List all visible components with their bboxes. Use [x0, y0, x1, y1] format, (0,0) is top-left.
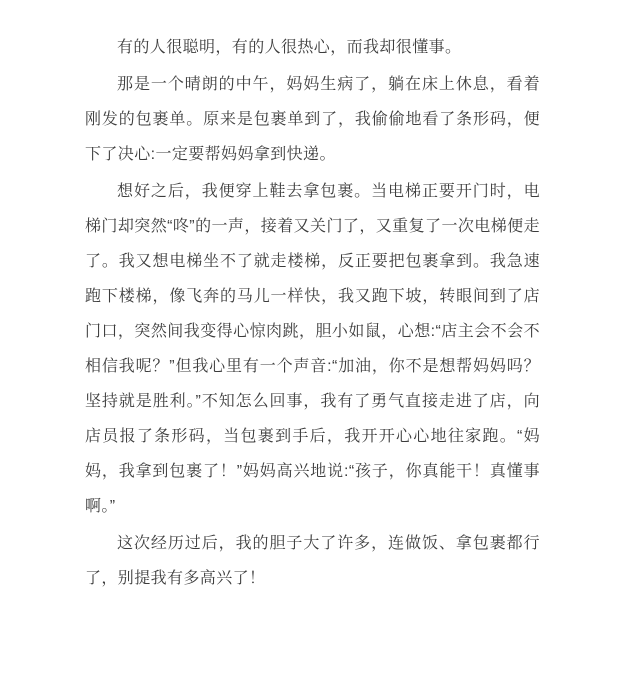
essay-paragraph-3: 想好之后，我便穿上鞋去拿包裹。当电梯正要开门时，电梯门却突然“咚”的一声，接着又…: [85, 174, 540, 524]
essay-paragraph-2: 那是一个晴朗的中午，妈妈生病了，躺在床上休息，看着刚发的包裹单。原来是包裹单到了…: [85, 67, 540, 172]
essay-paragraph-4: 这次经历过后，我的胆子大了许多，连做饭、拿包裹都行了，别提我有多高兴了！: [85, 526, 540, 596]
document-page: 有的人很聪明，有的人很热心，而我却很懂事。 那是一个晴朗的中午，妈妈生病了，躺在…: [0, 0, 627, 695]
essay-paragraph-1: 有的人很聪明，有的人很热心，而我却很懂事。: [85, 30, 540, 65]
